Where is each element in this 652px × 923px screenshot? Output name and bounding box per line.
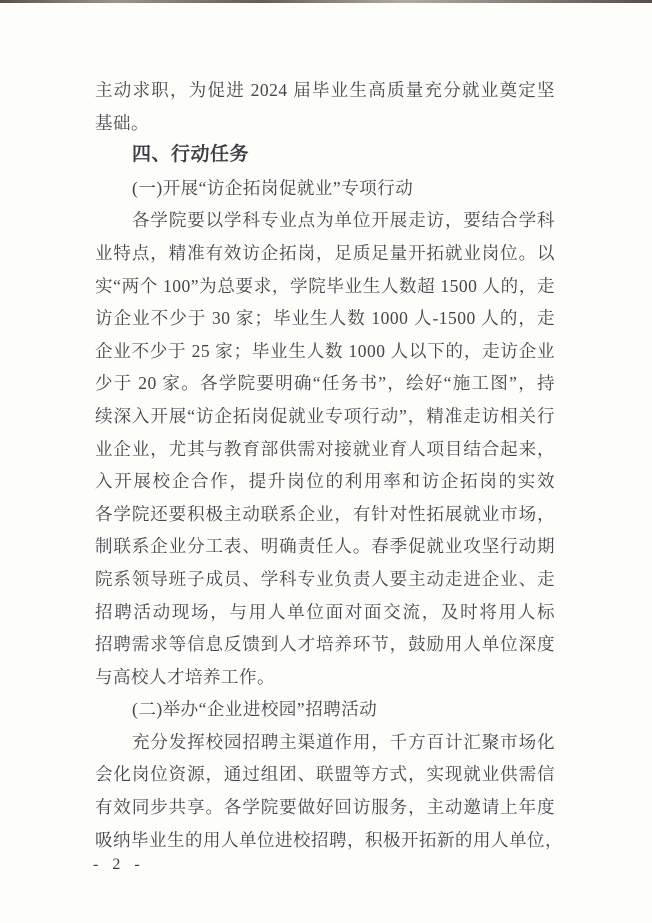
page-number: - 2 - bbox=[93, 856, 145, 874]
subsection-heading: (二)举办“企业进校园”招聘活动 bbox=[95, 693, 555, 726]
document-body: 主动求职，为促进 2024 届毕业生高质量充分就业奠定坚实基础。四、行动任务(一… bbox=[95, 74, 555, 856]
section-heading: 四、行动任务 bbox=[95, 139, 555, 172]
text-line: 有效同步共享。各学院要做好回访服务，主动邀请上年度已 bbox=[95, 791, 555, 824]
text-line: 充分发挥校园招聘主渠道作用，千方百计汇聚市场化社 bbox=[95, 726, 555, 759]
text-line: 访企业不少于 30 家；毕业生人数 1000 人-1500 人的，走访 bbox=[95, 302, 555, 335]
text-line: 少于 20 家。各学院要明确“任务书”，绘好“施工图”，持 bbox=[95, 367, 555, 400]
text-line: 与高校人才培养工作。 bbox=[95, 661, 555, 694]
text-line: 招聘活动现场，与用人单位面对面交流，及时将用人标准、 bbox=[95, 596, 555, 629]
text-line: 吸纳毕业生的用人单位进校招聘，积极开拓新的用人单位， bbox=[95, 824, 555, 857]
scan-edge-artifact bbox=[0, 0, 652, 3]
text-line: 主动求职，为促进 2024 届毕业生高质量充分就业奠定坚实 bbox=[95, 74, 555, 107]
text-line: 基础。 bbox=[95, 107, 555, 140]
text-line: 入开展校企合作，提升岗位的利用率和访企拓岗的实效性。 bbox=[95, 465, 555, 498]
text-line: 实“两个 100”为总要求，学院毕业生人数超 1500 人的，走 bbox=[95, 270, 555, 303]
text-line: 院系领导班子成员、学科专业负责人要主动走进企业、走进 bbox=[95, 563, 555, 596]
text-line: 制联系企业分工表、明确责任人。春季促就业攻坚行动期间， bbox=[95, 530, 555, 563]
text-line: 业特点，精准有效访企拓岗，足质足量开拓就业岗位。以落 bbox=[95, 237, 555, 270]
text-line: 会化岗位资源，通过组团、联盟等方式，实现就业供需信息 bbox=[95, 758, 555, 791]
text-line: 续深入开展“访企拓岗促就业专项行动”，精准走访相关行 bbox=[95, 400, 555, 433]
subsection-heading: (一)开展“访企拓岗促就业”专项行动 bbox=[95, 172, 555, 205]
text-line: 业企业，尤其与教育部供需对接就业育人项目结合起来，深 bbox=[95, 433, 555, 466]
text-line: 企业不少于 25 家；毕业生人数 1000 人以下的，走访企业不 bbox=[95, 335, 555, 368]
document-page: 主动求职，为促进 2024 届毕业生高质量充分就业奠定坚实基础。四、行动任务(一… bbox=[0, 0, 652, 923]
text-line: 招聘需求等信息反馈到人才培养环节，鼓励用人单位深度参 bbox=[95, 628, 555, 661]
text-line: 各学院还要积极主动联系企业，有针对性拓展就业市场，研 bbox=[95, 498, 555, 531]
text-line: 各学院要以学科专业点为单位开展走访，要结合学科专 bbox=[95, 204, 555, 237]
